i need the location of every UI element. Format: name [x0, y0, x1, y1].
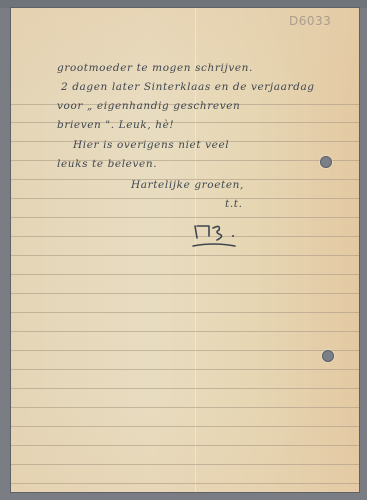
signature-icon	[189, 220, 249, 250]
ruled-line	[11, 293, 359, 294]
handwritten-line-1: grootmoeder te mogen schrijven.	[57, 62, 253, 74]
ruled-line	[11, 312, 359, 313]
closing-greeting: Hartelijke groeten,	[131, 179, 244, 191]
ruled-line	[11, 426, 359, 427]
ruled-line	[11, 217, 359, 218]
handwritten-line-4: brieven ". Leuk, hè!	[57, 119, 174, 131]
ruled-line	[11, 483, 359, 484]
ruled-line	[11, 198, 359, 199]
letter-page: D6033 grootmoeder te mogen schrijven. 2 …	[11, 8, 359, 492]
handwritten-line-3: voor „ eigenhandig geschreven	[57, 100, 240, 112]
ruled-line	[11, 369, 359, 370]
ruled-line	[11, 236, 359, 237]
ruled-line	[11, 464, 359, 465]
punch-hole-top	[320, 156, 332, 168]
ruled-line	[11, 331, 359, 332]
ruled-line	[11, 255, 359, 256]
viewer-top-strip	[0, 0, 367, 8]
archive-reference-number: D6033	[289, 14, 331, 28]
document-viewer: D6033 grootmoeder te mogen schrijven. 2 …	[0, 0, 367, 500]
ruled-line	[11, 407, 359, 408]
punch-hole-bottom	[322, 350, 334, 362]
handwritten-line-6: leuks te beleven.	[57, 158, 157, 170]
ruled-line	[11, 274, 359, 275]
handwritten-line-2: 2 dagen later Sinterklaas en de verjaard…	[61, 81, 315, 93]
closing-initials: t.t.	[225, 198, 243, 210]
handwritten-line-5: Hier is overigens niet veel	[73, 139, 229, 151]
ruled-line	[11, 350, 359, 351]
ruled-line	[11, 388, 359, 389]
ruled-line	[11, 445, 359, 446]
